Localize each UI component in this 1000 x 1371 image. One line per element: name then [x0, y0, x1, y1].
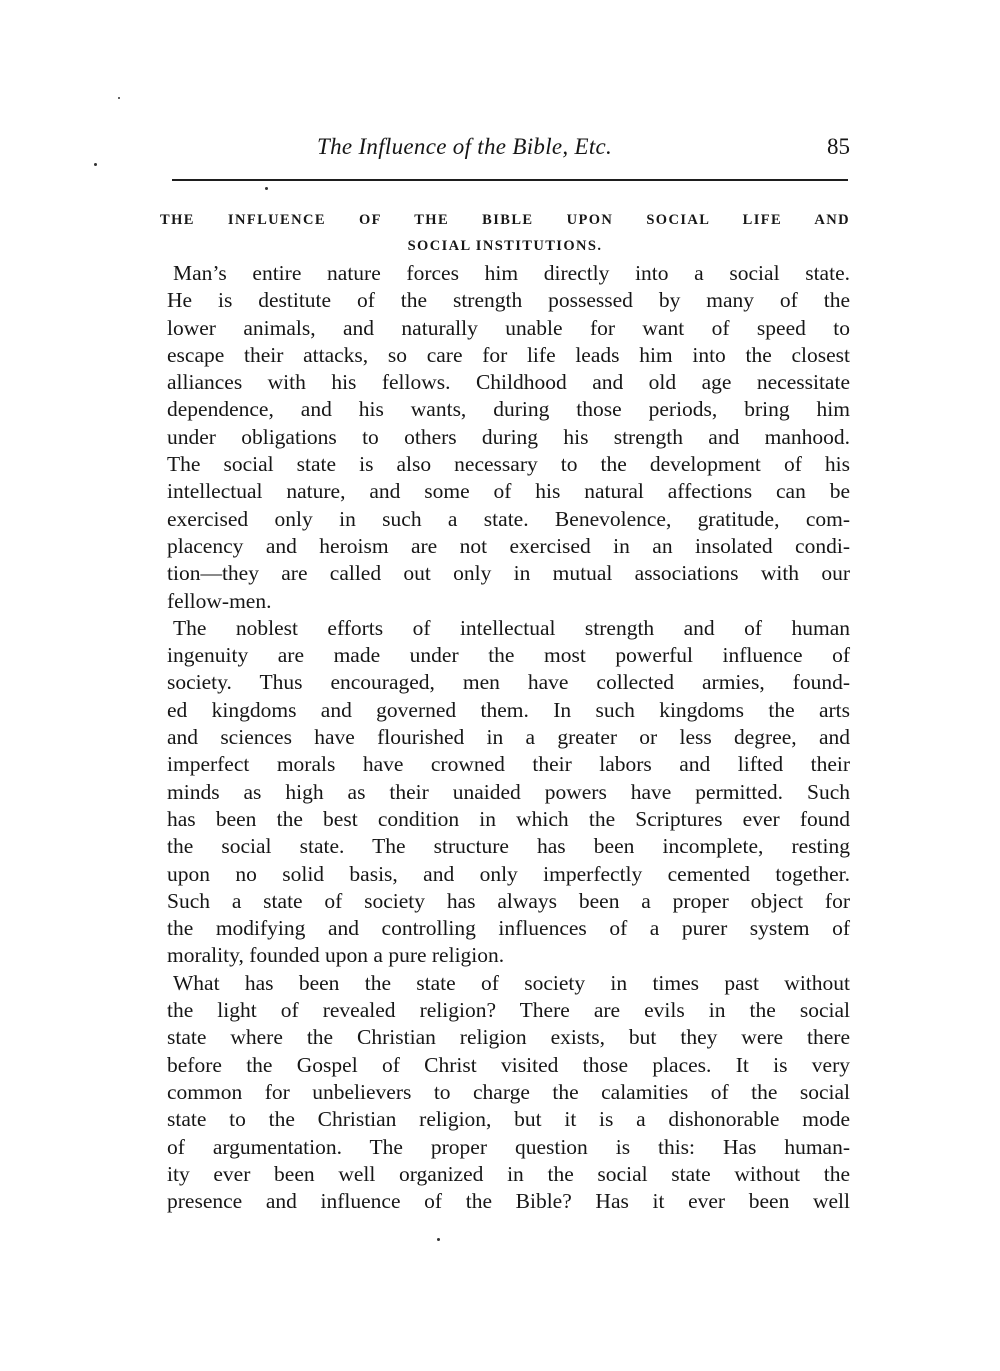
text-line: escape their attacks, so care for life l…	[167, 342, 850, 369]
text-line: intellectual nature, and some of his nat…	[167, 478, 850, 505]
chapter-heading: THE INFLUENCE OF THE BIBLE UPON SOCIAL L…	[160, 207, 850, 259]
heading-line-1: THE INFLUENCE OF THE BIBLE UPON SOCIAL L…	[160, 207, 850, 233]
text-line: state where the Christian religion exist…	[167, 1024, 850, 1051]
text-line: ingenuity are made under the most powerf…	[167, 642, 850, 669]
text-line: the social state. The structure has been…	[167, 833, 850, 860]
text-line: alliances with his fellows. Childhood an…	[167, 369, 850, 396]
scan-speck	[437, 1238, 440, 1241]
header-rule	[172, 179, 848, 181]
text-line: The social state is also necessary to th…	[167, 451, 850, 478]
text-line: tion—they are called out only in mutual …	[167, 560, 850, 587]
text-line: the modifying and controlling influences…	[167, 915, 850, 942]
book-page: The Influence of the Bible, Etc. 85 THE …	[0, 0, 1000, 1371]
text-line: The noblest efforts of intellectual stre…	[167, 615, 850, 642]
text-line: placency and heroism are not exercised i…	[167, 533, 850, 560]
text-line: minds as high as their unaided powers ha…	[167, 779, 850, 806]
paragraph-2: The noblest efforts of intellectual stre…	[167, 615, 850, 970]
text-line: He is destitute of the strength possesse…	[167, 287, 850, 314]
text-line: ed kingdoms and governed them. In such k…	[167, 697, 850, 724]
text-line: before the Gospel of Christ visited thos…	[167, 1052, 850, 1079]
text-line: presence and influence of the Bible? Has…	[167, 1188, 850, 1215]
text-line: has been the best condition in which the…	[167, 806, 850, 833]
heading-line-2: SOCIAL INSTITUTIONS.	[408, 238, 603, 254]
text-line: the light of revealed religion? There ar…	[167, 997, 850, 1024]
text-line: society. Thus encouraged, men have colle…	[167, 669, 850, 696]
text-line: state to the Christian religion, but it …	[167, 1106, 850, 1133]
text-line: Man’s entire nature forces him directly …	[167, 260, 850, 287]
text-line: common for unbelievers to charge the cal…	[167, 1079, 850, 1106]
body-text: Man’s entire nature forces him directly …	[167, 260, 850, 1215]
scan-speck	[94, 163, 97, 166]
text-line: dependence, and his wants, during those …	[167, 396, 850, 423]
text-line: fellow-men.	[167, 588, 850, 615]
running-head: The Influence of the Bible, Etc. 85	[172, 134, 850, 164]
text-line: upon no solid basis, and only imperfectl…	[167, 861, 850, 888]
text-line: lower animals, and naturally unable for …	[167, 315, 850, 342]
text-line: exercised only in such a state. Benevole…	[167, 506, 850, 533]
paragraph-1: Man’s entire nature forces him directly …	[167, 260, 850, 615]
text-line: ity ever been well organized in the soci…	[167, 1161, 850, 1188]
paragraph-3: What has been the state of society in ti…	[167, 970, 850, 1216]
scan-speck	[265, 187, 268, 190]
page-number: 85	[827, 134, 850, 160]
text-line: and sciences have flourished in a greate…	[167, 724, 850, 751]
text-line: under obligations to others during his s…	[167, 424, 850, 451]
text-line: What has been the state of society in ti…	[167, 970, 850, 997]
text-line: imperfect morals have crowned their labo…	[167, 751, 850, 778]
text-line: of argumentation. The proper question is…	[167, 1134, 850, 1161]
running-title: The Influence of the Bible, Etc.	[317, 134, 612, 160]
scan-speck	[118, 97, 120, 99]
text-line: Such a state of society has always been …	[167, 888, 850, 915]
text-line: morality, founded upon a pure religion.	[167, 942, 850, 969]
